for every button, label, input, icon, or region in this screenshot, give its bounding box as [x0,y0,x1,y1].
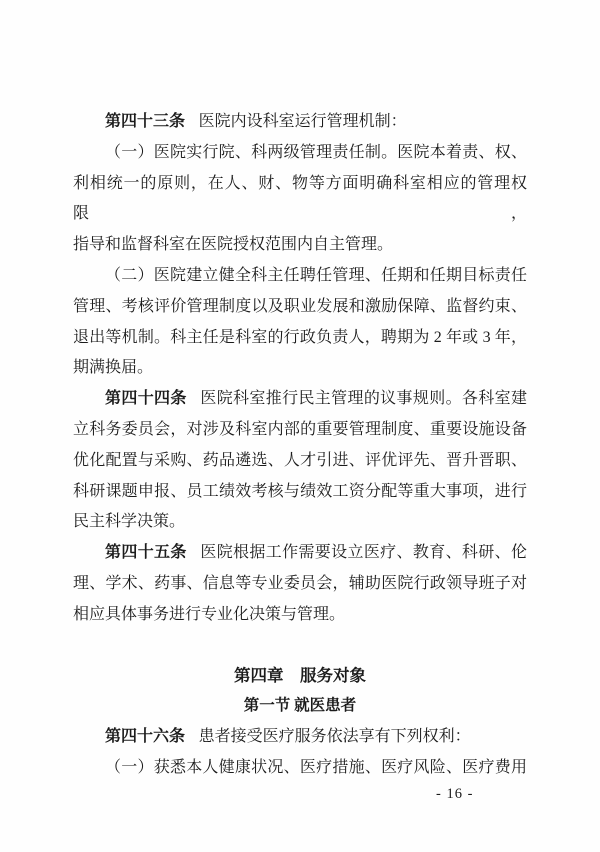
article-43-heading: 第四十三条医院内设科室运行管理机制： [73,107,527,138]
section-heading: 第一节 就医患者 [73,691,527,722]
page-number: - 16 - [436,786,473,803]
paragraph-line: （二）医院建立健全科主任聘任管理、任期和任期目标责任 [73,261,527,292]
article-46-heading: 第四十六条患者接受医疗服务依法享有下列权利： [73,722,527,753]
article-45-opening: 第四十五条医院根据工作需要设立医疗、教育、科研、伦 [73,538,527,569]
article-43-number: 第四十三条 [105,113,185,130]
article-45-number: 第四十五条 [105,544,187,561]
document-body: 第四十三条医院内设科室运行管理机制： （一）医院实行院、科两级管理责任制。医院本… [73,107,527,784]
line-text: 医院根据工作需要设立医疗、教育、科研、伦 [200,544,527,561]
line-text: 医院内设科室运行管理机制： [199,113,407,130]
article-44-opening: 第四十四条医院科室推行民主管理的议事规则。各科室建 [73,384,527,415]
paragraph-line: （一）获悉本人健康状况、医疗措施、医疗风险、医疗费用 [73,753,527,784]
paragraph-line: （一）医院实行院、科两级管理责任制。医院本着责、权、 [73,138,527,169]
line-text: 医院科室推行民主管理的议事规则。各科室建 [200,390,527,407]
paragraph-line: 管理、考核评价管理制度以及职业发展和激励保障、监督约束、 [73,292,527,323]
paragraph-line: 民主科学决策。 [73,507,527,538]
article-44-number: 第四十四条 [105,390,187,407]
article-46-number: 第四十六条 [105,728,185,745]
paragraph-line: 优化配置与采购、药品遴选、人才引进、评优评先、晋升晋职、 [73,446,527,477]
chapter-heading: 第四章 服务对象 [73,661,527,692]
paragraph-line: 相应具体事务进行专业化决策与管理。 [73,600,527,631]
paragraph-line: 期满换届。 [73,353,527,384]
paragraph-line: 科研课题申报、员工绩效考核与绩效工资分配等重大事项，进行 [73,477,527,508]
document-page: 第四十三条医院内设科室运行管理机制： （一）医院实行院、科两级管理责任制。医院本… [0,0,600,852]
paragraph-line: 利相统一的原则，在人、财、物等方面明确科室相应的管理权限， [73,169,527,231]
line-text: 患者接受医疗服务依法享有下列权利： [199,728,471,745]
blank-line [73,631,527,661]
paragraph-line: 退出等机制。科主任是科室的行政负责人，聘期为 2 年或 3 年， [73,323,527,354]
paragraph-line: 指导和监督科室在医院授权范围内自主管理。 [73,230,527,261]
paragraph-line: 立科务委员会，对涉及科室内部的重要管理制度、重要设施设备 [73,415,527,446]
paragraph-line: 理、学术、药事、信息等专业委员会，辅助医院行政领导班子对 [73,569,527,600]
